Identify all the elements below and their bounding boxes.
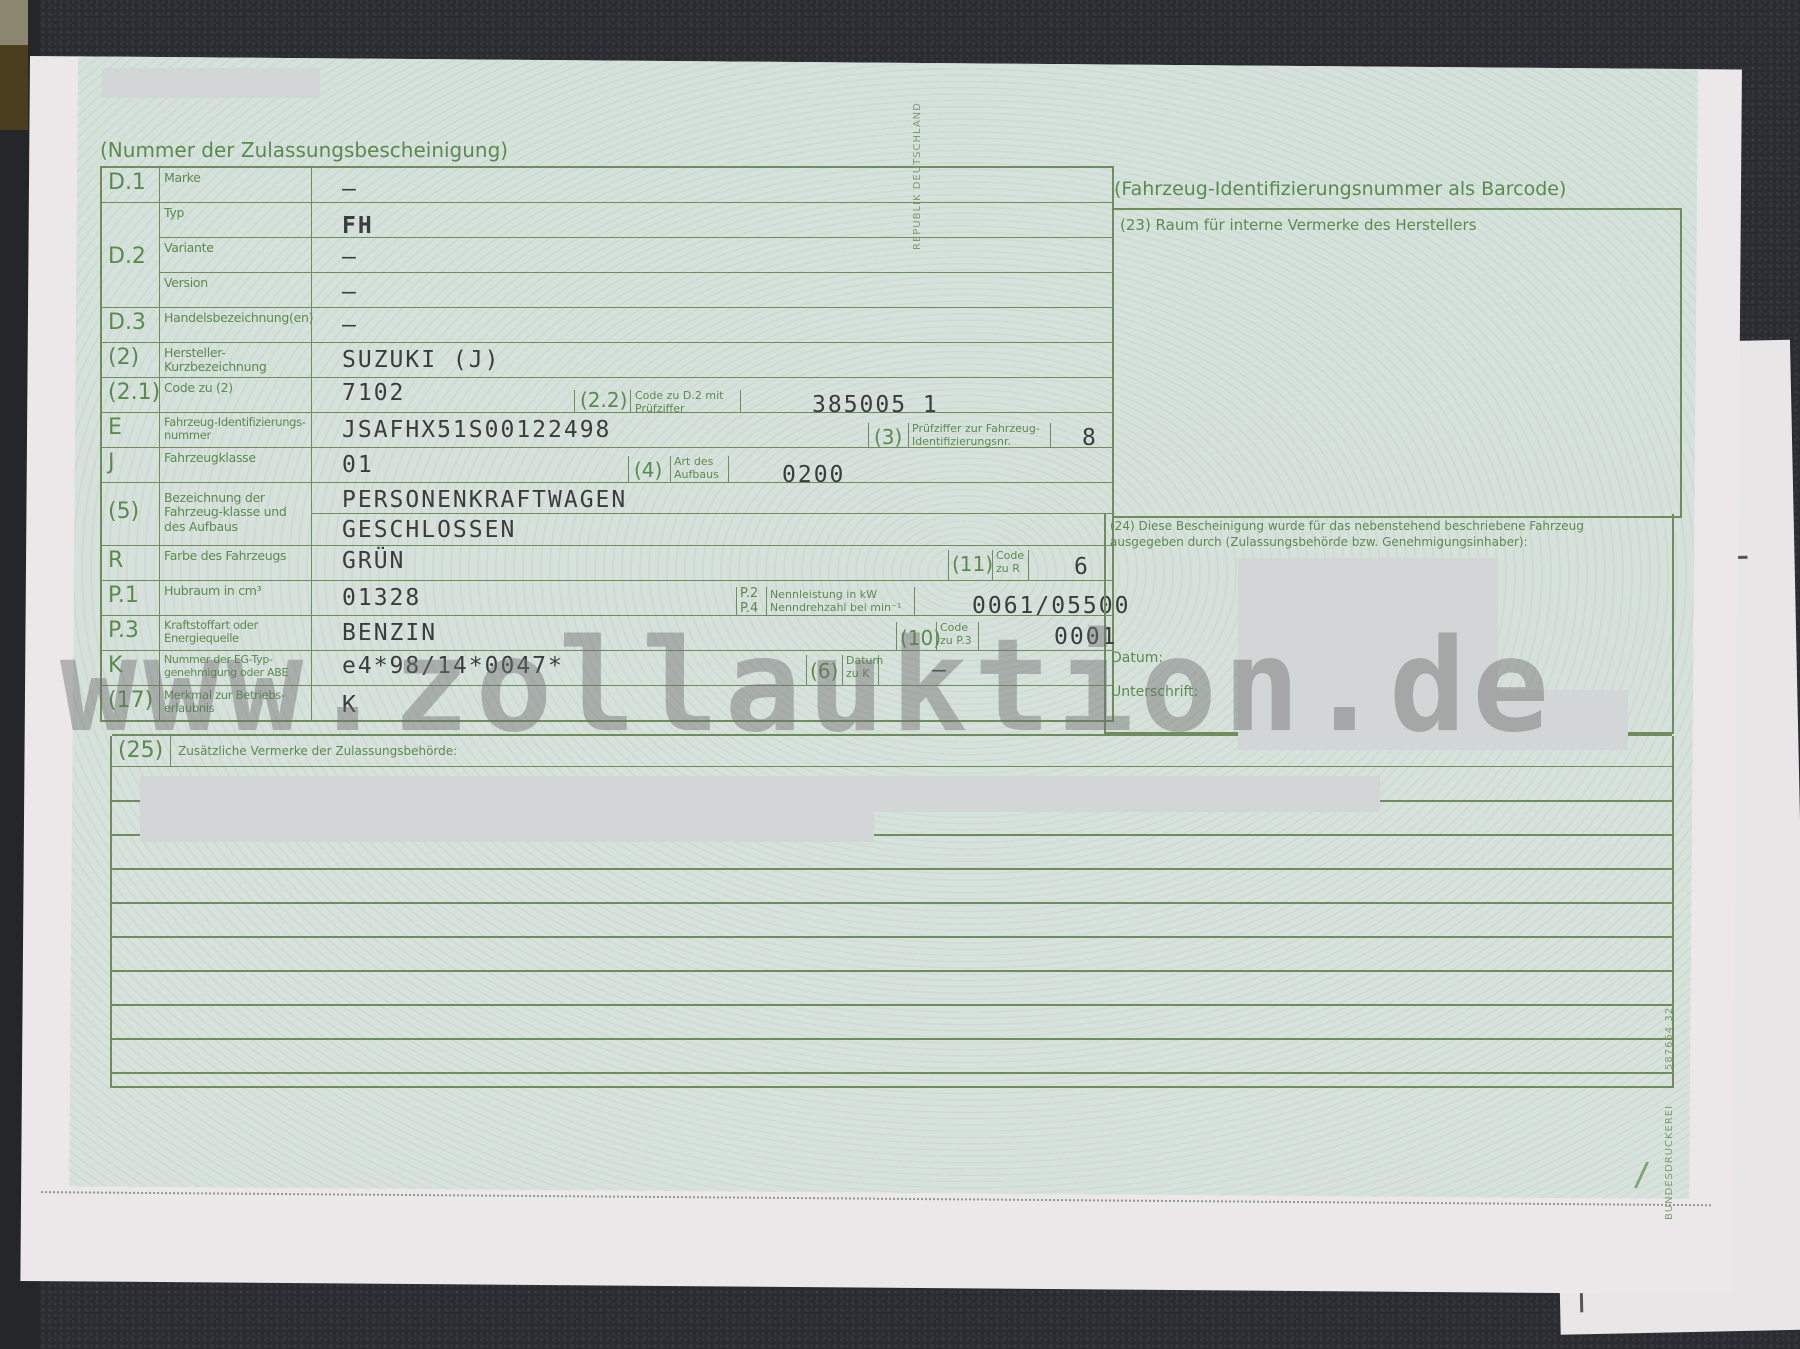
field-code: J [102,448,160,482]
field-code: (2) [102,343,160,377]
field-code: D.2 [102,203,160,307]
field-code: (2.2) [580,388,627,412]
field-code: P.1 [102,581,160,615]
field-label: Code zu D.2 mit Prüfziffer [635,390,735,415]
field-code: (5) [102,483,160,545]
row-2: (2) Hersteller-Kurzbezeichnung SUZUKI (J… [102,343,1112,378]
row-5: (5) Bezeichnung der Fahrzeug-klasse und … [102,483,1112,546]
field-label: Hubraum in cm³ [160,581,312,615]
field-value-bezeichnung-1: PERSONENKRAFTWAGEN [342,487,627,513]
field-label: Prüfziffer zur Fahrzeug-Identifizierungs… [912,423,1046,448]
barcode-caption: (Fahrzeug-Identifizierungsnummer als Bar… [1114,178,1566,200]
field-code: D.1 [102,168,160,202]
field-label: Fahrzeug-Identifizierungs-nummer [160,413,312,447]
field-value-farbcode: 6 [1074,554,1090,580]
field-value-handelsbezeichnung: – [342,312,358,338]
field-label: (23) Raum für interne Vermerke des Herst… [1120,216,1477,234]
field-label: Fahrzeugklasse [160,448,312,482]
field-label: Nennleistung in kW Nenndrehzahl bei min⁻… [770,589,910,614]
field-code: (4) [634,458,662,482]
field-code: (11) [952,552,993,576]
field-code: D.3 [102,308,160,342]
field-label: Farbe des Fahrzeugs [160,546,312,580]
field-code: (3) [874,425,902,449]
field-label: (24) Diese Bescheinigung wurde für das n… [1110,518,1650,550]
row-e: E Fahrzeug-Identifizierungs-nummer JSAFH… [102,413,1112,448]
redacted-notes-line-1 [140,776,1380,812]
row-d2: D.2 Typ FH Variante – Version – [102,203,1112,308]
field-value-bezeichnung-2: GESCHLOSSEN [342,517,516,543]
field-value-typ: FH [342,213,374,239]
field-code: (2.1) [102,378,160,412]
field-label: Version [160,273,312,307]
field-value-vin: JSAFHX51S00122498 [342,417,611,443]
field-label: Bezeichnung der Fahrzeug-klasse und des … [160,483,312,545]
field-label: Handelsbezeichnung(en) [160,308,312,342]
field-value-farbe: GRÜN [342,548,405,574]
row-d3: D.3 Handelsbezeichnung(en) – [102,308,1112,343]
document-number-caption: (Nummer der Zulassungsbescheinigung) [100,138,508,162]
manufacturer-notes-box: (23) Raum für interne Vermerke des Herst… [1112,208,1682,518]
field-label: Marke [160,168,312,202]
redacted-notes-line-2 [140,812,874,842]
field-label: Hersteller-Kurzbezeichnung [160,343,312,377]
field-value-marke: – [342,176,358,202]
field-value-hubraum: 01328 [342,585,421,611]
serial-number-vertical: 587654 32 [1664,1007,1675,1070]
redacted-document-number [102,68,320,98]
watermark-text: www.zollauktion.de [60,612,1555,761]
row-d1: D.1 Marke – [102,168,1112,203]
field-label: Variante [160,238,312,272]
field-value-variante: – [342,244,358,270]
field-label: Code zu (2) [160,378,312,412]
row-2-1: (2.1) Code zu (2) 7102 (2.2) Code zu D.2… [102,378,1112,413]
field-code: R [102,546,160,580]
row-p1: P.1 Hubraum in cm³ 01328 P.2 P.4 Nennlei… [102,581,1112,616]
field-value-fahrzeugklasse: 01 [342,452,374,478]
field-label: Art des Aufbaus [674,456,722,481]
field-code: E [102,413,160,447]
field-value-hersteller: SUZUKI (J) [342,347,500,373]
field-value-version: – [342,279,358,305]
field-value-code-2: 7102 [342,380,405,406]
field-label: Typ [160,203,312,237]
row-j: J Fahrzeugklasse 01 (4) Art des Aufbaus … [102,448,1112,483]
field-label: Code zu R [996,550,1026,575]
row-r: R Farbe des Fahrzeugs GRÜN (11) Code zu … [102,546,1112,581]
security-vertical-text: REPUBLIK DEUTSCHLAND [912,102,923,250]
